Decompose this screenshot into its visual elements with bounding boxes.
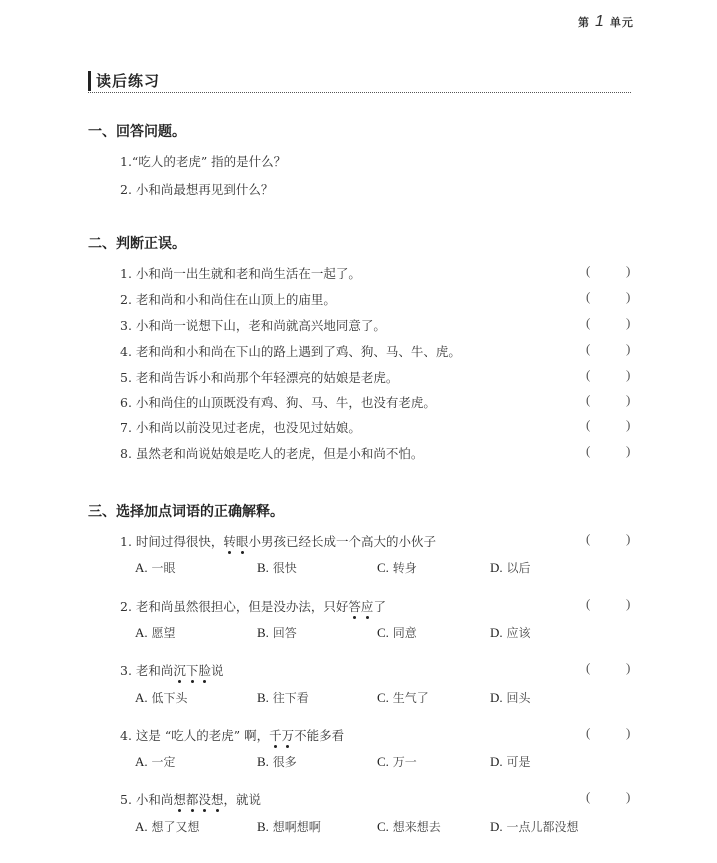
answer-paren-open[interactable]: (	[586, 531, 590, 547]
option-a[interactable]: A. 愿望	[135, 624, 175, 641]
answer-paren-open[interactable]: (	[586, 367, 590, 383]
answer-paren-open[interactable]: (	[586, 341, 590, 357]
option-a[interactable]: A. 一眼	[135, 559, 175, 576]
unit-number: 1	[595, 13, 605, 30]
answer-paren-close: )	[626, 263, 630, 279]
dotted-char: 应	[361, 597, 374, 615]
dotted-char: 万	[282, 726, 295, 744]
answer-paren-open[interactable]: (	[586, 789, 590, 805]
answer-paren-open[interactable]: (	[586, 417, 590, 433]
answer-paren-close: )	[626, 531, 630, 547]
part3-heading: 三、选择加点词语的正确解释。	[88, 501, 284, 521]
section-title: 读后练习	[88, 70, 631, 93]
answer-paren-open[interactable]: (	[586, 289, 590, 305]
option-b[interactable]: B. 往下看	[257, 689, 309, 706]
part2-statement: 6. 小和尚住的山顶既没有鸡、狗、马、牛，也没有老虎。	[120, 393, 436, 411]
option-c[interactable]: C. 转身	[377, 559, 417, 576]
answer-paren-open[interactable]: (	[586, 392, 590, 408]
part2-statement: 1. 小和尚一出生就和老和尚生活在一起了。	[120, 264, 361, 282]
answer-paren-open[interactable]: (	[586, 660, 590, 676]
section-title-bar	[88, 71, 91, 91]
part2-statement: 2. 老和尚和小和尚住在山顶上的庙里。	[120, 290, 336, 308]
answer-paren-close: )	[626, 725, 630, 741]
part1-question: 2. 小和尚最想再见到什么？	[120, 180, 273, 198]
option-a[interactable]: A. 想了又想	[135, 818, 199, 835]
dotted-char: 没	[198, 790, 211, 808]
answer-paren-close: )	[626, 315, 630, 331]
dotted-char: 沉	[173, 661, 186, 679]
answer-paren-close: )	[626, 289, 630, 305]
part3-question-text: 1. 时间过得很快，转眼小男孩已经长成一个高大的小伙子	[120, 532, 436, 550]
part2-statement: 5. 老和尚告诉小和尚那个年轻漂亮的姑娘是老虎。	[120, 368, 398, 386]
option-d[interactable]: D. 一点儿都没想	[490, 818, 578, 835]
answer-paren-close: )	[626, 443, 630, 459]
unit-prefix: 第	[578, 16, 590, 29]
option-a[interactable]: A. 低下头	[135, 689, 187, 706]
option-c[interactable]: C. 万一	[377, 753, 417, 770]
part2-statement: 4. 老和尚和小和尚在下山的路上遇到了鸡、狗、马、牛、虎。	[120, 342, 461, 360]
dotted-char: 想	[173, 790, 186, 808]
option-b[interactable]: B. 很快	[257, 559, 297, 576]
answer-paren-open[interactable]: (	[586, 596, 590, 612]
part3-question-text: 4. 这是 “吃人的老虎” 啊，千万不能多看	[120, 726, 344, 744]
option-b[interactable]: B. 回答	[257, 624, 297, 641]
option-c[interactable]: C. 生气了	[377, 689, 429, 706]
option-d[interactable]: D. 应该	[490, 624, 530, 641]
part2-statement: 7. 小和尚以前没见过老虎，也没见过姑娘。	[120, 418, 361, 436]
dotted-char: 都	[186, 790, 199, 808]
dotted-char: 答	[348, 597, 361, 615]
answer-paren-close: )	[626, 367, 630, 383]
option-d[interactable]: D. 可是	[490, 753, 530, 770]
part2-statement: 8. 虽然老和尚说姑娘是吃人的老虎，但是小和尚不怕。	[120, 444, 423, 462]
part3-question-text: 3. 老和尚沉下脸说	[120, 661, 223, 679]
option-b[interactable]: B. 很多	[257, 753, 297, 770]
option-a[interactable]: A. 一定	[135, 753, 175, 770]
option-b[interactable]: B. 想啊想啊	[257, 818, 321, 835]
part1-question: 1.“吃人的老虎” 指的是什么？	[120, 152, 286, 170]
answer-paren-close: )	[626, 789, 630, 805]
part3-question-text: 2. 老和尚虽然很担心，但是没办法，只好答应了	[120, 597, 386, 615]
part2-heading: 二、判断正误。	[88, 233, 186, 253]
dotted-char: 下	[186, 661, 199, 679]
answer-paren-close: )	[626, 660, 630, 676]
dotted-char: 脸	[198, 661, 211, 679]
answer-paren-close: )	[626, 392, 630, 408]
answer-paren-close: )	[626, 341, 630, 357]
option-c[interactable]: C. 同意	[377, 624, 417, 641]
option-d[interactable]: D. 回头	[490, 689, 530, 706]
unit-suffix: 单元	[610, 16, 634, 29]
answer-paren-close: )	[626, 596, 630, 612]
answer-paren-open[interactable]: (	[586, 263, 590, 279]
dotted-char: 千	[269, 726, 282, 744]
option-d[interactable]: D. 以后	[490, 559, 530, 576]
answer-paren-close: )	[626, 417, 630, 433]
part3-question-text: 5. 小和尚想都没想，就说	[120, 790, 261, 808]
dotted-char: 转	[223, 532, 236, 550]
answer-paren-open[interactable]: (	[586, 315, 590, 331]
part2-statement: 3. 小和尚一说想下山，老和尚就高兴地同意了。	[120, 316, 386, 334]
section-title-text: 读后练习	[96, 70, 160, 91]
dotted-char: 想	[211, 790, 224, 808]
answer-paren-open[interactable]: (	[586, 443, 590, 459]
part1-heading: 一、回答问题。	[88, 121, 186, 141]
option-c[interactable]: C. 想来想去	[377, 818, 441, 835]
answer-paren-open[interactable]: (	[586, 725, 590, 741]
unit-label: 第1单元	[578, 13, 634, 31]
dotted-char: 眼	[236, 532, 249, 550]
